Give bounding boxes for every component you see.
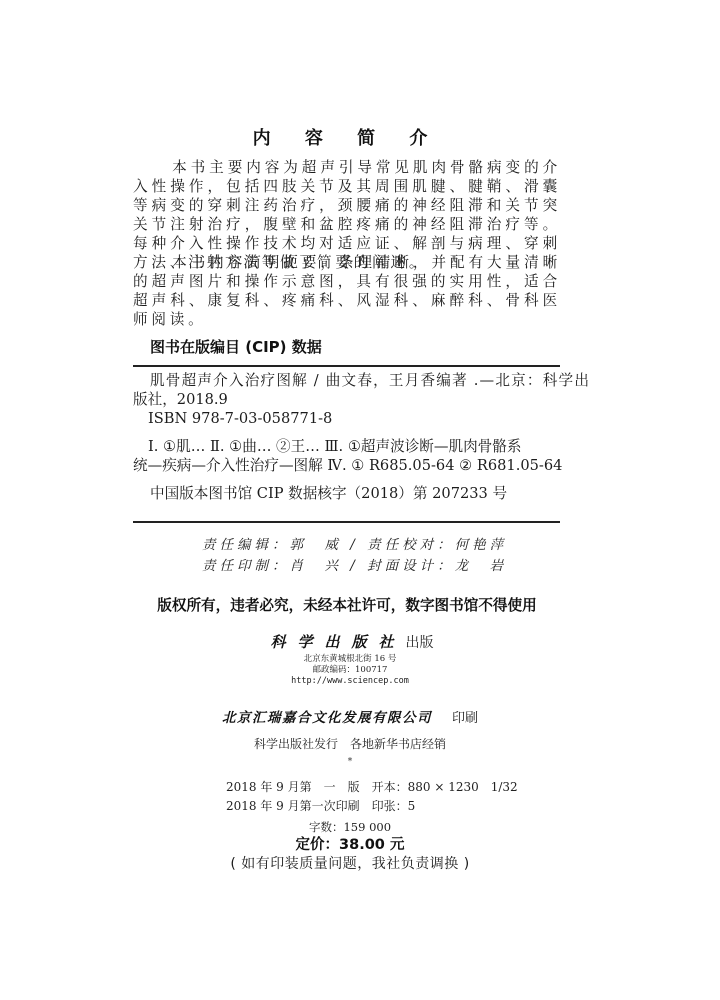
summary-paragraph-2-text: 本书内容简明扼要，条理清晰，并配有大量清晰的超声图片和操作示意图，具有很强的实用… (133, 254, 561, 328)
staff-line-editor: 责任编辑：郭 威 / 责任校对：何艳萍 (202, 535, 507, 555)
summary-title: 内 容 简 介 (0, 128, 694, 150)
publisher-suffix: 出版 (406, 635, 434, 651)
cip-top-rule (133, 365, 560, 367)
word-count: 字数：159 000 (0, 818, 700, 836)
cip-bottom-rule (133, 521, 560, 523)
cip-line-record-number: 中国版本图书馆 CIP 数据核字（2018）第 207233 号 (150, 484, 507, 503)
copyright-notice: 版权所有，违者必究，未经本社许可，数字图书馆不得使用 (0, 596, 694, 616)
edition-line: 2018 年 9 月第 一 版 开本：880 × 1230 1/32 (226, 778, 518, 796)
cip-line-isbn: ISBN 978-7-03-058771-8 (148, 409, 332, 428)
price: 定价：38.00 元 (0, 835, 700, 855)
publisher-name: 科学出版社 (270, 633, 405, 651)
publisher-postcode: 邮政编码：100717 (0, 665, 700, 676)
printing-line: 2018 年 9 月第一次印刷 印张：5 (226, 797, 415, 815)
cip-line-subjects-2: 统—疾病—介入性治疗—图解 Ⅳ. ① R685.05-64 ② R681.05-… (133, 456, 562, 475)
printer-suffix: 印刷 (452, 711, 478, 726)
summary-paragraph-2: 本书内容简明扼要，条理清晰，并配有大量清晰的超声图片和操作示意图，具有很强的实用… (133, 253, 561, 329)
cip-line-publisher: 版社，2018.9 (133, 390, 228, 409)
publisher-address: 北京东黄城根北街 16 号 (0, 654, 700, 665)
staff-line-printing: 责任印制：肖 兴 / 封面设计：龙 岩 (202, 556, 507, 576)
quality-notice: ( 如有印装质量问题，我社负责调换 ) (0, 854, 700, 874)
printer-line: 北京汇瑞嘉合文化发展有限公司印刷 (0, 707, 700, 729)
printer-name: 北京汇瑞嘉合文化发展有限公司 (222, 710, 432, 726)
cip-heading: 图书在版编目 (CIP) 数据 (150, 337, 322, 357)
publisher-line: 科学出版社出版 (0, 632, 704, 653)
distribution-line: 科学出版社发行 各地新华书店经销 (0, 735, 700, 753)
cip-line-title: 肌骨超声介入治疗图解 / 曲文春，王月香编著 .—北京：科学出 (150, 371, 590, 390)
publisher-url: http://www.sciencep.com (0, 676, 700, 687)
separator-asterisk: * (0, 757, 700, 767)
cip-line-subjects-1: Ⅰ. ①肌… Ⅱ. ①曲… ②王… Ⅲ. ①超声波诊断—肌肉骨骼系 (148, 437, 521, 456)
